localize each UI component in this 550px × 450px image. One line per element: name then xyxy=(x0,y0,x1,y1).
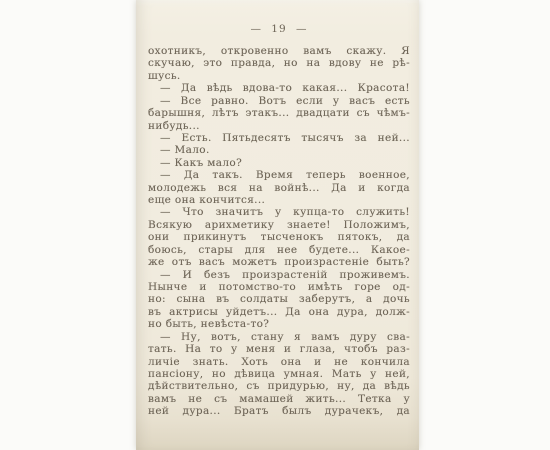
text-line: — И безъ произрастеній проживемъ. xyxy=(148,269,410,281)
text-line: — Да вѣдь вдова-то какая... Красота! xyxy=(148,82,410,94)
text-line: — Мало. xyxy=(148,144,410,156)
text-line: охотникъ, откровенно вамъ скажу. Я xyxy=(148,45,410,57)
text-line: нибудь... xyxy=(148,120,410,132)
text-line: Нынче и потомство-то имѣть горе од- xyxy=(148,281,410,293)
text-line: Всякую арихметику знаете! Положимъ, xyxy=(148,219,410,231)
text-line: но: сына въ солдаты заберутъ, а дочь xyxy=(148,293,410,305)
text-line: боюсь, стары для нее будете... Какое- xyxy=(148,244,410,256)
paragraph: охотникъ, откровенно вамъ скажу. Яскучаю… xyxy=(148,45,410,82)
paragraph: — Какъ мало? xyxy=(148,157,410,169)
text-line: вамъ не съ мамашей жить... Тетка у xyxy=(148,393,410,405)
text-line: пансіону, но дѣвица умная. Мать у ней, xyxy=(148,368,410,380)
text-line: но быть, невѣста-то? xyxy=(148,318,410,330)
text-line: они прикинутъ тысченокъ пятокъ, да xyxy=(148,231,410,243)
text-line: скучаю, это правда, но на вдову не рѣ- xyxy=(148,57,410,69)
page-header: — 19 — xyxy=(148,23,410,35)
book-page: — 19 — охотникъ, откровенно вамъ скажу. … xyxy=(136,0,419,450)
text-line: — Какъ мало? xyxy=(148,157,410,169)
photo-backdrop: — 19 — охотникъ, откровенно вамъ скажу. … xyxy=(0,0,550,450)
text-block: охотникъ, откровенно вамъ скажу. Яскучаю… xyxy=(148,45,410,418)
text-line: — Ну, вотъ, стану я вамъ дуру сва- xyxy=(148,331,410,343)
paragraph: — Да такъ. Время теперь военное,молодежь… xyxy=(148,169,410,206)
text-line: шусь. xyxy=(148,70,410,82)
text-line: тать. На то у меня и глаза, чтобъ раз- xyxy=(148,343,410,355)
paragraph: — Ну, вотъ, стану я вамъ дуру сва-тать. … xyxy=(148,331,410,418)
text-line: барышня, лѣтъ этакъ... двадцати съ чѣмъ- xyxy=(148,107,410,119)
text-line: еще она кончится... xyxy=(148,194,410,206)
paragraph: — Да вѣдь вдова-то какая... Красота! xyxy=(148,82,410,94)
text-line: — Что значитъ у купца-то служить! xyxy=(148,206,410,218)
text-line: — Есть. Пятьдесятъ тысячъ за ней... xyxy=(148,132,410,144)
paragraph: — Мало. xyxy=(148,144,410,156)
text-line: дѣйствительно, съ придурью, ну, да вѣдь xyxy=(148,380,410,392)
text-line: личіе знать. Хоть она и не кончила xyxy=(148,356,410,368)
text-line: молодежь вся на войнѣ... Да и когда xyxy=(148,182,410,194)
paragraph: — Что значитъ у купца-то служить!Всякую … xyxy=(148,206,410,268)
text-line: же отъ васъ можетъ произрастеніе быть? xyxy=(148,256,410,268)
paragraph: — Все равно. Вотъ если у васъ естьбарышн… xyxy=(148,95,410,132)
paragraph: — И безъ произрастеній проживемъ.Нынче и… xyxy=(148,269,410,331)
paragraph: — Есть. Пятьдесятъ тысячъ за ней... xyxy=(148,132,410,144)
text-line: — Да такъ. Время теперь военное, xyxy=(148,169,410,181)
text-line: — Все равно. Вотъ если у васъ есть xyxy=(148,95,410,107)
text-line: ней дура... Братъ былъ дурачекъ, да xyxy=(148,405,410,417)
text-line: въ актрисы уйдетъ... Да она дура, долж- xyxy=(148,306,410,318)
